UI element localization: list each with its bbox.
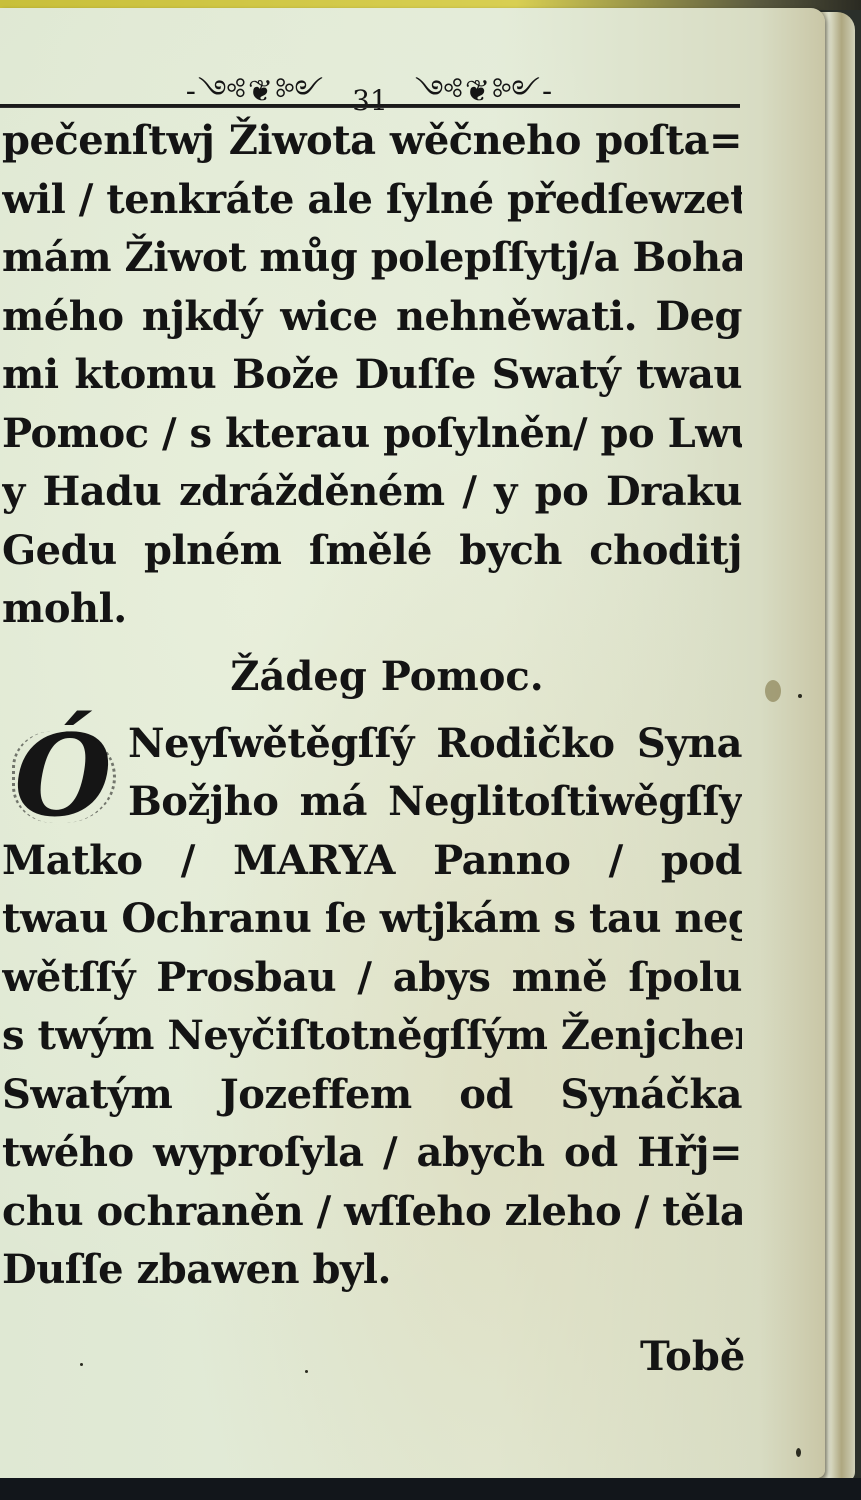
ink-stain: [765, 680, 781, 702]
text-line: pečenſtwj Žiwota wěčneho poſta=: [2, 112, 742, 171]
header-rule: [0, 104, 740, 108]
text-line: mohl.: [2, 580, 742, 639]
text-line: chu ochraněn / wſſeho zleho / těla/ y: [2, 1183, 742, 1242]
text-line: wil / tenkráte ale ſylné předſewzetj: [2, 171, 742, 230]
paragraph-1: pečenſtwj Žiwota wěčneho poſta= wil / te…: [2, 112, 742, 639]
text-line: Swatým Jozeffem od Synáčka: [2, 1066, 742, 1125]
paper-speck: [798, 694, 802, 698]
scan-background: [0, 1478, 861, 1500]
paragraph-2: Ó Neyſwětěgſſý Rodičko Syna Božjho má Ne…: [2, 715, 742, 1300]
text-line: Duſſe zbawen byl.: [2, 1241, 742, 1300]
section-title: Žádeg Pomoc.: [2, 639, 742, 715]
text-line: wětſſý Prosbau / abys mně ſpolu: [2, 949, 742, 1008]
paper-speck: [305, 1370, 308, 1373]
paper-speck: [80, 1363, 83, 1366]
text-line: mého njkdý wice nehněwati. Deg: [2, 288, 742, 347]
text-block: pečenſtwj Žiwota wěčneho poſta= wil / te…: [2, 112, 742, 1300]
text-line: twau Ochranu ſe wtjkám s tau neg=: [2, 890, 742, 949]
text-line: mi ktomu Bože Duſſe Swatý twau: [2, 346, 742, 405]
text-line: Gedu plném ſmělé bych choditj: [2, 522, 742, 581]
drop-cap-ornament-icon: Ó: [2, 719, 124, 835]
book-page-scan: -༺❦༻ 31 ༺❦༻- pečenſtwj Žiwota wěčneho po…: [0, 0, 861, 1500]
text-line: mám Žiwot můg polepſſytj/a Boha: [2, 229, 742, 288]
text-line: y Hadu zdrážděném / y po Draku: [2, 463, 742, 522]
text-line: Matko / MARYA Panno / pod: [2, 832, 742, 891]
text-line: s twým Neyčiſtotněgſſým Ženjchem: [2, 1007, 742, 1066]
text-line: twého wyproſyla / abych od Hřj=: [2, 1124, 742, 1183]
paper-speck: [796, 1448, 801, 1457]
catchword: Tobě: [640, 1333, 745, 1380]
text-line: Pomoc / s kterau poſylněn/ po Lwu: [2, 405, 742, 464]
